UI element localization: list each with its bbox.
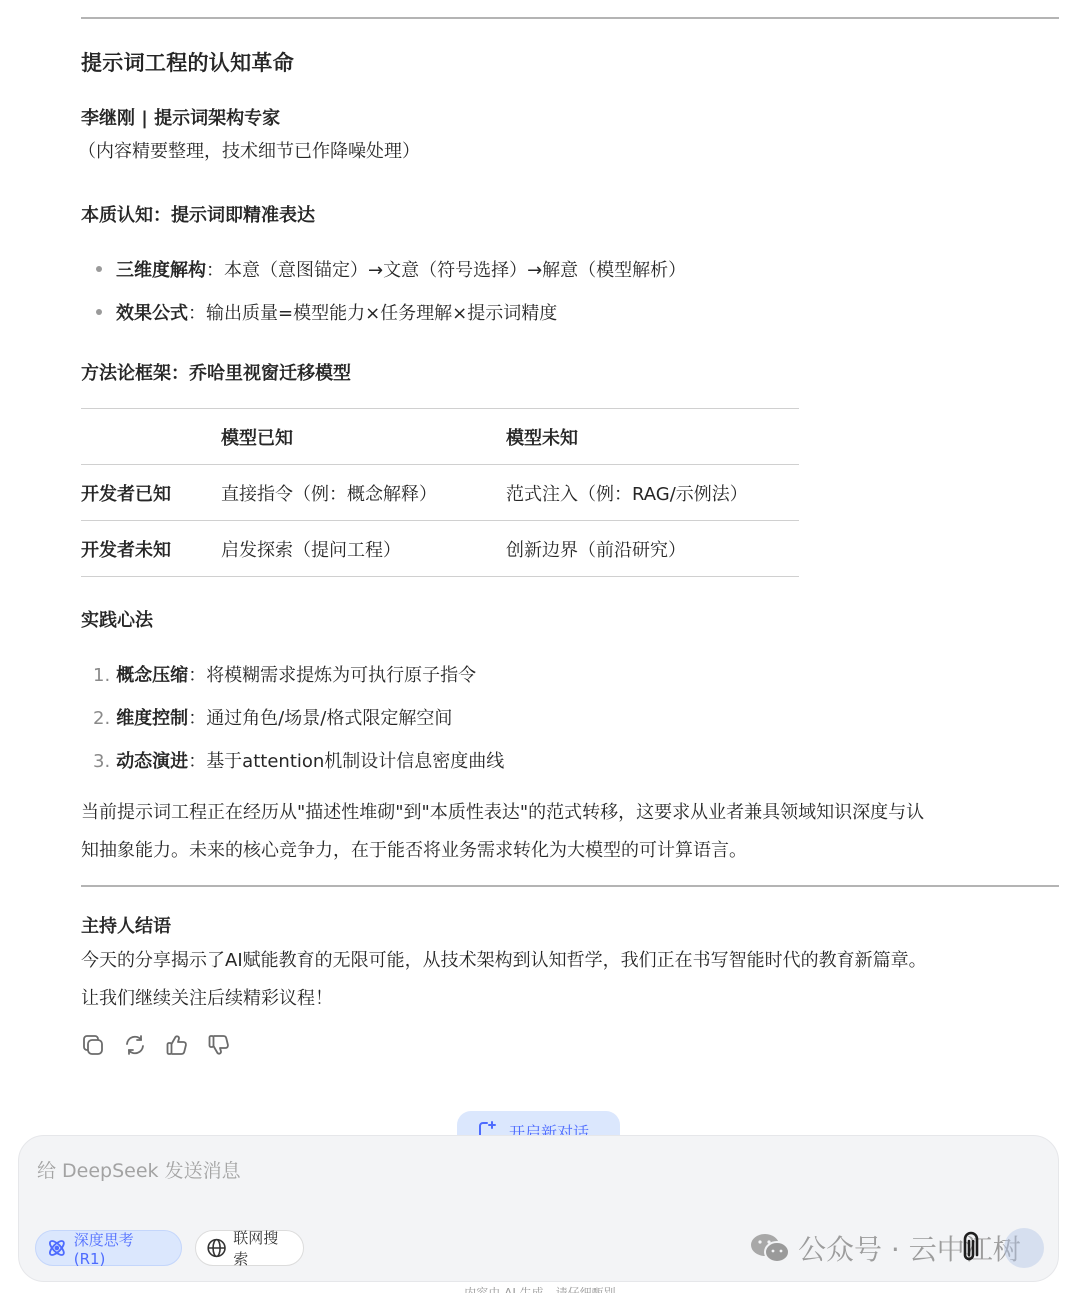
copy-icon[interactable] [81, 1033, 105, 1057]
table-header-cell: 模型未知 [506, 409, 799, 465]
bullet-text: 输出质量=模型能力×任务理解×提示词精度 [206, 299, 557, 325]
web-search-toggle[interactable]: 联网搜索 [195, 1230, 304, 1266]
table-header-cell: 模型已知 [221, 409, 506, 465]
closing-heading: 主持人结语 [81, 912, 171, 938]
summary-line: 知抽象能力。未来的核心竞争力，在于能否将业务需求转化为大模型的可计算语言。 [81, 832, 1071, 870]
deep-think-toggle[interactable]: 深度思考 (R1) [35, 1230, 182, 1266]
list-number: 1. [93, 665, 110, 686]
list-label: 动态演进 [116, 751, 188, 772]
bullet-dot [96, 309, 102, 315]
closing-paragraph: 今天的分享揭示了AI赋能教育的无限可能，从技术架构到认知哲学，我们正在书写智能时… [81, 942, 1071, 1018]
closing-line: 让我们继续关注后续精彩议程！ [81, 980, 1071, 1018]
top-divider [81, 17, 1059, 19]
list-number: 3. [93, 751, 110, 772]
thumbs-up-icon[interactable] [165, 1033, 189, 1057]
bullet-label: 三维度解构 [116, 256, 206, 282]
list-label: 概念压缩 [116, 665, 188, 686]
section-divider [81, 885, 1059, 887]
bullet-dot [96, 266, 102, 272]
table-row: 开发者已知 直接指令（例：概念解释） 范式注入（例：RAG/示例法） [81, 465, 799, 521]
table-cell: 范式注入（例：RAG/示例法） [506, 465, 799, 521]
web-search-label: 联网搜索 [233, 1227, 291, 1269]
table-cell: 启发探索（提问工程） [221, 521, 506, 577]
table-cell: 直接指令（例：概念解释） [221, 465, 506, 521]
message-input[interactable]: 给 DeepSeek 发送消息 [37, 1156, 241, 1183]
ordered-list-item: 2.维度控制：通过角色/场景/格式限定解空间 [93, 704, 452, 730]
johari-table: 模型已知 模型未知 开发者已知 直接指令（例：概念解释） 范式注入（例：RAG/… [81, 408, 799, 577]
watermark-text: 公众号 · 云中江树 [798, 1228, 1021, 1268]
list-text: 将模糊需求提炼为可执行原子指令 [206, 665, 476, 686]
list-text: 基于attention机制设计信息密度曲线 [206, 751, 504, 772]
summary-paragraph: 当前提示词工程正在经历从"描述性堆砌"到"本质性表达"的范式转移，这要求从业者兼… [81, 794, 1071, 870]
refresh-icon[interactable] [123, 1033, 147, 1057]
message-actions [81, 1033, 231, 1057]
watermark: 公众号 · 云中江树 [750, 1228, 1021, 1268]
bullet-sep: ： [206, 256, 224, 282]
thumbs-down-icon[interactable] [207, 1033, 231, 1057]
article-note: （内容精要整理，技术细节已作降噪处理） [78, 133, 420, 171]
section-heading-essence: 本质认知：提示词即精准表达 [81, 201, 315, 227]
atom-icon [46, 1237, 68, 1259]
bullet-label: 效果公式 [116, 299, 188, 325]
closing-line: 今天的分享揭示了AI赋能教育的无限可能，从技术架构到认知哲学，我们正在书写智能时… [81, 942, 1071, 980]
wechat-icon [750, 1232, 790, 1264]
send-button[interactable] [1004, 1228, 1044, 1268]
list-sep: ： [188, 751, 206, 772]
attach-icon[interactable] [958, 1231, 980, 1265]
ordered-list-item: 1.概念压缩：将模糊需求提炼为可执行原子指令 [93, 661, 476, 687]
table-row-header: 开发者未知 [81, 521, 221, 577]
bullet-text: 本意（意图锚定）→文意（符号选择）→解意（模型解析） [224, 256, 686, 282]
globe-icon [206, 1237, 227, 1259]
table-row-header: 开发者已知 [81, 465, 221, 521]
article-title: 提示词工程的认知革命 [81, 47, 294, 77]
list-label: 维度控制 [116, 708, 188, 729]
section-heading-framework: 方法论框架：乔哈里视窗迁移模型 [81, 359, 351, 385]
list-number: 2. [93, 708, 110, 729]
list-sep: ： [188, 665, 206, 686]
bullet-item: 效果公式 ： 输出质量=模型能力×任务理解×提示词精度 [96, 299, 557, 325]
list-sep: ： [188, 708, 206, 729]
deep-think-label: 深度思考 (R1) [74, 1229, 169, 1268]
ai-disclaimer: 内容由 AI 生成，请仔细甄别 [0, 1286, 1080, 1293]
author-line: 李继刚 | 提示词架构专家 [81, 104, 280, 130]
table-header-row: 模型已知 模型未知 [81, 409, 799, 465]
table-cell: 创新边界（前沿研究） [506, 521, 799, 577]
list-text: 通过角色/场景/格式限定解空间 [206, 708, 452, 729]
ordered-list-item: 3.动态演进：基于attention机制设计信息密度曲线 [93, 747, 504, 773]
bullet-item: 三维度解构 ： 本意（意图锚定）→文意（符号选择）→解意（模型解析） [96, 256, 686, 282]
table-row: 开发者未知 启发探索（提问工程） 创新边界（前沿研究） [81, 521, 799, 577]
table-header-cell [81, 409, 221, 465]
bullet-sep: ： [188, 299, 206, 325]
summary-line: 当前提示词工程正在经历从"描述性堆砌"到"本质性表达"的范式转移，这要求从业者兼… [81, 794, 1071, 832]
section-heading-practice: 实践心法 [81, 606, 153, 632]
